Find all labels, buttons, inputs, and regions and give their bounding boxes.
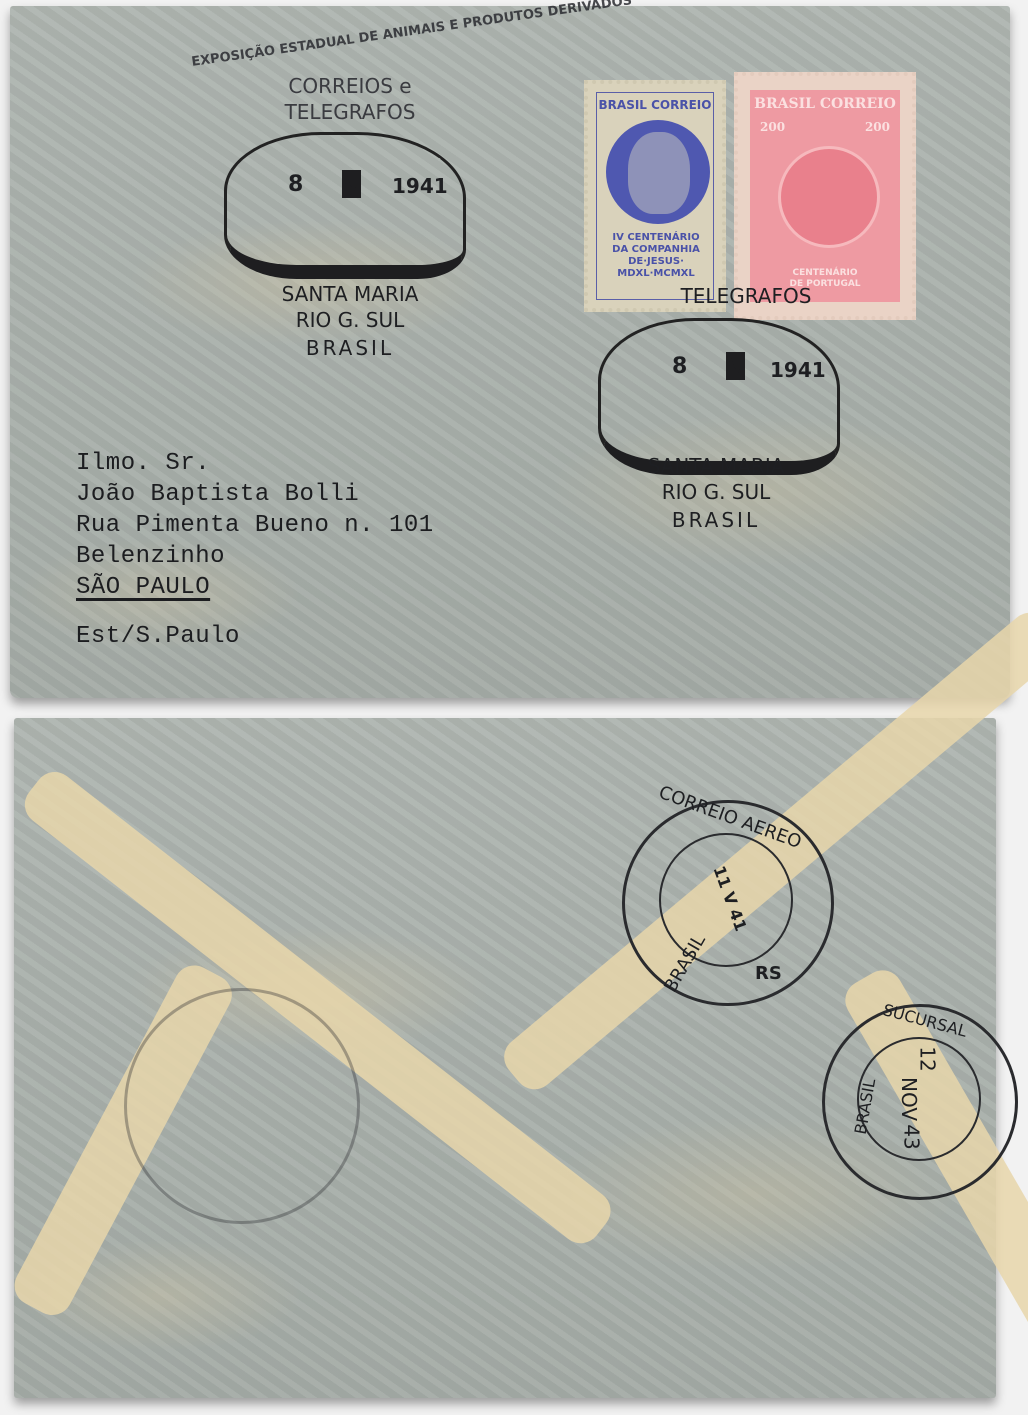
address-salutation: Ilmo. Sr. xyxy=(76,448,434,479)
stamp-header: BRASIL CORREIO xyxy=(738,96,912,112)
postmark-country: BRASIL xyxy=(646,508,786,532)
recipient-address: Ilmo. Sr. João Baptista Bolli Rua Piment… xyxy=(76,448,434,652)
postmark-telegrafos: TELEGRAFOS xyxy=(260,100,440,124)
postmark-month: V xyxy=(726,352,745,380)
faint-postmark xyxy=(124,988,360,1224)
address-street: Rua Pimenta Bueno n. 101 xyxy=(76,510,434,541)
stamp-value-right: 200 xyxy=(865,120,890,134)
postmark-month: V xyxy=(342,170,361,198)
arrival-month: NOV xyxy=(897,1077,921,1121)
postmark-city: SANTA MARIA xyxy=(616,454,816,478)
airmail-postmark: CORREIO AEREO 11 V 41 BRASIL RS xyxy=(622,800,834,1006)
address-district: Belenzinho xyxy=(76,541,434,572)
postmark-telegrafos: TELEGRAFOS xyxy=(656,284,836,308)
commemorative-postmark-2: TELEGRAFOS 8 V 1941 SANTA MARIA RIO G. S… xyxy=(546,226,886,566)
bull-icon xyxy=(224,132,466,279)
helmet-medallion-icon xyxy=(778,146,880,248)
postmark-correios: CORREIOS e xyxy=(260,74,440,98)
address-state: Est/S.Paulo xyxy=(76,621,434,652)
postmark-country: BRASIL xyxy=(280,336,420,360)
bull-icon xyxy=(598,318,840,475)
envelope-front: EXPOSIÇÃO ESTADUAL DE ANIMAIS E PRODUTOS… xyxy=(10,6,1010,698)
postmark-state: RIO G. SUL xyxy=(270,308,430,332)
portrait-icon xyxy=(628,132,690,214)
stamp-header: BRASIL CORREIO xyxy=(588,98,722,112)
postmark-day: 8 xyxy=(288,172,303,197)
stamp-value-left: 200 xyxy=(760,120,785,134)
postmark-year: 1941 xyxy=(392,174,448,198)
postmark-ring-text: EXPOSIÇÃO ESTADUAL DE ANIMAIS E PRODUTOS… xyxy=(191,9,520,70)
postmark-year: 1941 xyxy=(770,358,826,382)
arrival-year: 43 xyxy=(900,1124,924,1149)
postmark-day: 8 xyxy=(672,354,687,379)
arrival-day: 12 xyxy=(916,1046,940,1071)
postmark-state: RIO G. SUL xyxy=(636,480,796,504)
arrival-postmark: SUCURSAL 12 NOV 43 BRASIL xyxy=(822,1004,1018,1200)
postmark-city: SANTA MARIA xyxy=(250,282,450,306)
envelope-back: CORREIO AEREO 11 V 41 BRASIL RS SUCURSAL… xyxy=(14,718,996,1398)
address-city: SÃO PAULO xyxy=(76,572,434,603)
commemorative-postmark: EXPOSIÇÃO ESTADUAL DE ANIMAIS E PRODUTOS… xyxy=(180,24,530,374)
address-name: João Baptista Bolli xyxy=(76,479,434,510)
airmail-code: RS xyxy=(755,963,782,984)
